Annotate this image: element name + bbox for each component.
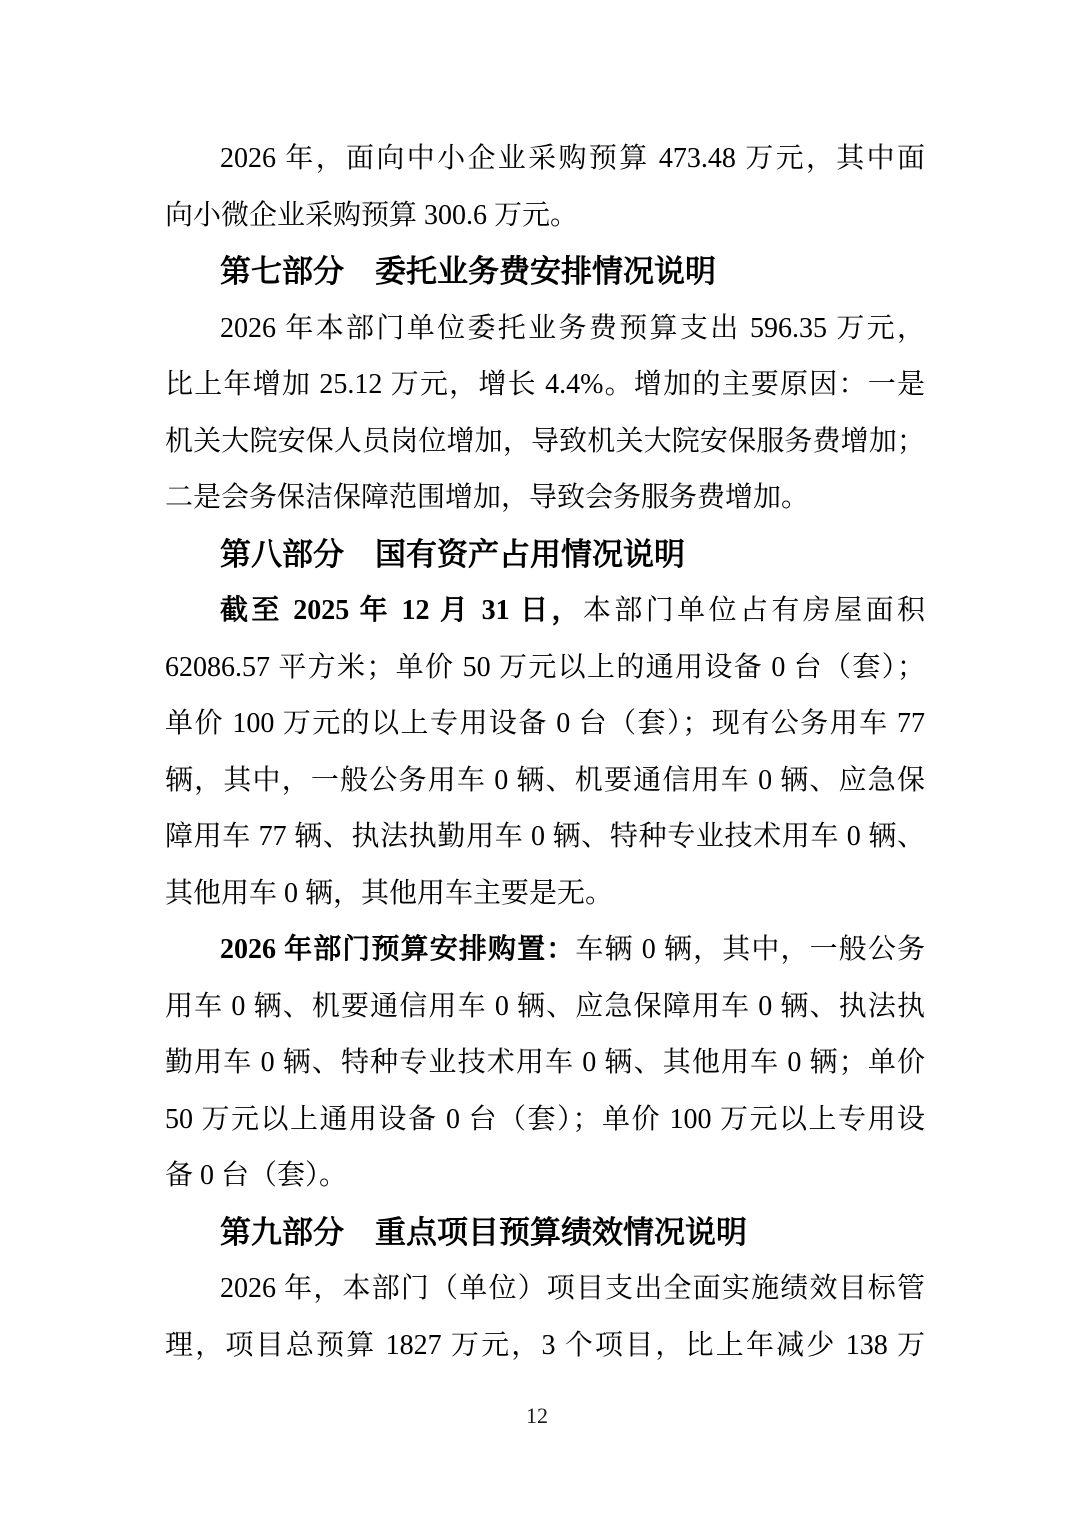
text-line: 向小微企业采购预算 300.6 万元。 <box>165 188 925 245</box>
document-page: 2026 年，面向中小企业采购预算 473.48 万元，其中面向小微企业采购预算… <box>0 0 1074 1520</box>
text-line: 2026 年本部门单位委托业务费预算支出 596.35 万元， <box>165 301 925 358</box>
content-area: 2026 年，面向中小企业采购预算 473.48 万元，其中面向小微企业采购预算… <box>165 131 925 1374</box>
text-line: 2026 年，本部门（单位）项目支出全面实施绩效目标管 <box>165 1261 925 1318</box>
section-heading: 第七部分 委托业务费安排情况说明 <box>165 244 925 301</box>
text-segment: 2026 年本部门单位委托业务费预算支出 596.35 万元， <box>220 313 925 344</box>
text-segment: 勤用车 0 辆、特种专业技术用车 0 辆、其他用车 0 辆；单价 <box>165 1047 925 1078</box>
text-segment: 2026 年，本部门（单位）项目支出全面实施绩效目标管 <box>220 1273 925 1304</box>
text-line: 理，项目总预算 1827 万元，3 个项目，比上年减少 138 万元， <box>165 1318 925 1375</box>
text-line: 2026 年部门预算安排购置：车辆 0 辆，其中，一般公务 <box>165 922 925 979</box>
text-line: 62086.57 平方米；单价 50 万元以上的通用设备 0 台（套）； <box>165 640 925 697</box>
text-line: 障用车 77 辆、执法执勤用车 0 辆、特种专业技术用车 0 辆、 <box>165 809 925 866</box>
text-line: 用车 0 辆、机要通信用车 0 辆、应急保障用车 0 辆、执法执 <box>165 979 925 1036</box>
text-line: 50 万元以上通用设备 0 台（套）；单价 100 万元以上专用设 <box>165 1092 925 1149</box>
text-segment: 50 万元以上通用设备 0 台（套）；单价 100 万元以上专用设 <box>165 1104 925 1135</box>
text-segment: 本部门单位占有房屋面积 <box>583 595 925 626</box>
text-segment: 单价 100 万元的以上专用设备 0 台（套）；现有公务用车 77 <box>165 708 925 739</box>
text-segment: 向小微企业采购预算 300.6 万元。 <box>165 200 578 231</box>
text-segment: 2026 年，面向中小企业采购预算 473.48 万元，其中面 <box>220 143 925 174</box>
text-segment: 备 0 台（套）。 <box>165 1160 347 1191</box>
text-line: 机关大院安保人员岗位增加，导致机关大院安保服务费增加； <box>165 414 925 471</box>
text-segment: 理，项目总预算 1827 万元，3 个项目，比上年减少 138 万元， <box>165 1330 925 1375</box>
text-segment: 62086.57 平方米；单价 50 万元以上的通用设备 0 台（套）； <box>165 652 925 683</box>
text-segment: 车辆 0 辆，其中，一般公务 <box>575 934 925 965</box>
text-line: 2026 年，面向中小企业采购预算 473.48 万元，其中面 <box>165 131 925 188</box>
text-segment: 其他用车 0 辆，其他用车主要是无。 <box>165 878 613 909</box>
text-line: 勤用车 0 辆、特种专业技术用车 0 辆、其他用车 0 辆；单价 <box>165 1035 925 1092</box>
section-heading: 第九部分 重点项目预算绩效情况说明 <box>165 1205 925 1262</box>
text-segment: 2026 年部门预算安排购置： <box>220 934 575 965</box>
text-segment: 截至 2025 年 12 月 31 日， <box>220 595 583 626</box>
text-line: 截至 2025 年 12 月 31 日，本部门单位占有房屋面积 <box>165 583 925 640</box>
text-segment: 辆，其中，一般公务用车 0 辆、机要通信用车 0 辆、应急保 <box>165 765 925 796</box>
text-segment: 二是会务保洁保障范围增加，导致会务服务费增加。 <box>165 482 809 513</box>
text-line: 其他用车 0 辆，其他用车主要是无。 <box>165 866 925 923</box>
page-number: 12 <box>0 1404 1074 1428</box>
text-line: 单价 100 万元的以上专用设备 0 台（套）；现有公务用车 77 <box>165 696 925 753</box>
section-heading: 第八部分 国有资产占用情况说明 <box>165 527 925 584</box>
text-segment: 用车 0 辆、机要通信用车 0 辆、应急保障用车 0 辆、执法执 <box>165 991 925 1022</box>
text-line: 二是会务保洁保障范围增加，导致会务服务费增加。 <box>165 470 925 527</box>
text-segment: 机关大院安保人员岗位增加，导致机关大院安保服务费增加； <box>165 426 925 457</box>
text-segment: 障用车 77 辆、执法执勤用车 0 辆、特种专业技术用车 0 辆、 <box>165 821 925 852</box>
text-segment: 比上年增加 25.12 万元，增长 4.4%。增加的主要原因：一是 <box>165 369 925 400</box>
text-line: 比上年增加 25.12 万元，增长 4.4%。增加的主要原因：一是 <box>165 357 925 414</box>
text-line: 辆，其中，一般公务用车 0 辆、机要通信用车 0 辆、应急保 <box>165 753 925 810</box>
text-line: 备 0 台（套）。 <box>165 1148 925 1205</box>
